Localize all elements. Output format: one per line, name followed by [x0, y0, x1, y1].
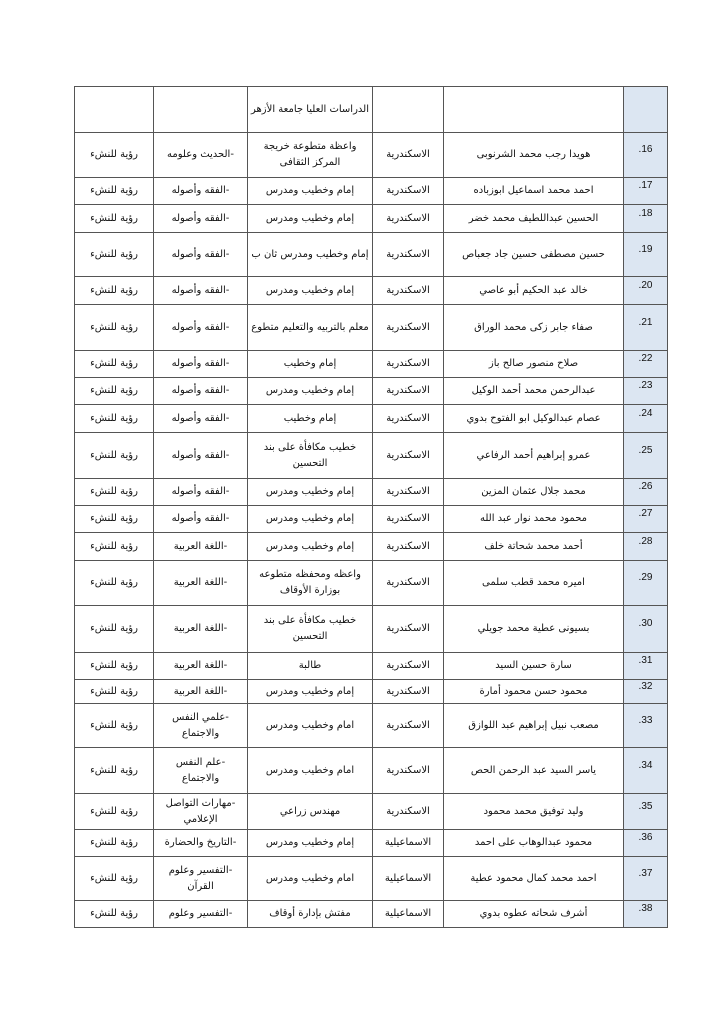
governorate-cell: الاسكندرية — [373, 748, 444, 794]
specialization-cell: -الفقه وأصوله — [154, 506, 248, 533]
job-cell: إمام وخطيب ومدرس — [248, 830, 373, 857]
job-cell: إمام وخطيب ومدرس — [248, 506, 373, 533]
row-number: .27 — [639, 506, 653, 522]
row-number-cell: .19 — [624, 233, 668, 277]
program-cell: رؤية للنشء — [75, 178, 154, 205]
table-body: الدراسات العليا جامعة الأزهر .16 هويدا ر… — [75, 87, 668, 928]
program-cell: رؤية للنشء — [75, 680, 154, 704]
governorate-cell: الاسكندرية — [373, 233, 444, 277]
governorate-cell — [373, 87, 444, 133]
row-number-cell: .34 — [624, 748, 668, 794]
job-cell: إمام وخطيب ومدرس ثان ب — [248, 233, 373, 277]
program-cell: رؤية للنشء — [75, 277, 154, 305]
row-number: .28 — [639, 534, 653, 550]
job-cell: واعظه ومحفظه متطوعه بوزارة الأوقاف — [248, 561, 373, 606]
governorate-cell: الاسكندرية — [373, 433, 444, 479]
program-cell: رؤية للنشء — [75, 405, 154, 433]
name-cell: عمرو إبراهيم أحمد الرفاعي — [444, 433, 624, 479]
job-cell: إمام وخطيب ومدرس — [248, 178, 373, 205]
job-cell: مهندس زراعي — [248, 794, 373, 830]
table-row-continuation: الدراسات العليا جامعة الأزهر — [75, 87, 668, 133]
table-row: .16 هويدا رجب محمد الشرنوبى الاسكندرية و… — [75, 133, 668, 178]
governorate-cell: الاسكندرية — [373, 351, 444, 378]
table-row: .38 أشرف شحاته عطوه بدوي الاسماعيلية مفت… — [75, 901, 668, 928]
job-cell: امام وخطيب ومدرس — [248, 748, 373, 794]
specialization-cell: -اللغة العربية — [154, 653, 248, 680]
row-number-cell: .31 — [624, 653, 668, 680]
governorate-cell: الاسكندرية — [373, 533, 444, 561]
table-row: .35 وليد توفيق محمد محمود الاسكندرية مهن… — [75, 794, 668, 830]
row-number: .37 — [639, 866, 653, 882]
table-row: .23 عبدالرحمن محمد أحمد الوكيل الاسكندري… — [75, 378, 668, 405]
name-cell: بسيونى عطية محمد جويلي — [444, 606, 624, 653]
row-number: .21 — [639, 315, 653, 331]
job-cell: إمام وخطيب — [248, 405, 373, 433]
name-cell: سارة حسين السيد — [444, 653, 624, 680]
governorate-cell: الاسكندرية — [373, 277, 444, 305]
row-number-cell: .28 — [624, 533, 668, 561]
row-number: .16 — [639, 142, 653, 158]
program-cell: رؤية للنشء — [75, 433, 154, 479]
program-cell: رؤية للنشء — [75, 351, 154, 378]
name-cell: محمد جلال عثمان المزين — [444, 479, 624, 506]
row-number-cell: .36 — [624, 830, 668, 857]
table-row: .25 عمرو إبراهيم أحمد الرفاعي الاسكندرية… — [75, 433, 668, 479]
row-number-cell: .30 — [624, 606, 668, 653]
row-number: .17 — [639, 178, 653, 194]
program-cell: رؤية للنشء — [75, 479, 154, 506]
specialization-cell: -التاريخ والحضارة — [154, 830, 248, 857]
governorate-cell: الاسكندرية — [373, 178, 444, 205]
row-number-cell: .18 — [624, 205, 668, 233]
row-number: .30 — [639, 616, 653, 632]
name-cell — [444, 87, 624, 133]
governorate-cell: الاسكندرية — [373, 606, 444, 653]
program-cell: رؤية للنشء — [75, 305, 154, 351]
name-cell: عبدالرحمن محمد أحمد الوكيل — [444, 378, 624, 405]
row-number: .33 — [639, 713, 653, 729]
row-number-cell: .32 — [624, 680, 668, 704]
governorate-cell: الاسكندرية — [373, 378, 444, 405]
specialization-cell: -علمي النفس والاجتماع — [154, 704, 248, 748]
program-cell: رؤية للنشء — [75, 506, 154, 533]
name-cell: احمد محمد كمال محمود عطية — [444, 857, 624, 901]
row-number: .34 — [639, 758, 653, 774]
row-number-cell: .27 — [624, 506, 668, 533]
name-cell: أحمد محمد شحاتة خلف — [444, 533, 624, 561]
row-number: .18 — [639, 206, 653, 222]
name-cell: مصعب نبيل إبراهيم عبد اللوازق — [444, 704, 624, 748]
governorate-cell: الاسكندرية — [373, 794, 444, 830]
job-cell: خطيب مكافأة على بند التحسين — [248, 433, 373, 479]
name-cell: حسين مصطفى حسين جاد جعباص — [444, 233, 624, 277]
governorate-cell: الاسماعيلية — [373, 830, 444, 857]
job-cell: امام وخطيب ومدرس — [248, 857, 373, 901]
specialization-cell: -الفقه وأصوله — [154, 305, 248, 351]
job-cell: إمام وخطيب ومدرس — [248, 680, 373, 704]
governorate-cell: الاسماعيلية — [373, 901, 444, 928]
table-row: .21 صفاء جابر زكى محمد الوراق الاسكندرية… — [75, 305, 668, 351]
program-cell: رؤية للنشء — [75, 901, 154, 928]
governorate-cell: الاسكندرية — [373, 561, 444, 606]
specialization-cell: -الفقه وأصوله — [154, 351, 248, 378]
table-row: .29 اميره محمد قطب سلمى الاسكندرية واعظه… — [75, 561, 668, 606]
row-number: .38 — [639, 901, 653, 917]
program-cell: رؤية للنشء — [75, 606, 154, 653]
row-number: .24 — [639, 406, 653, 422]
program-cell: رؤية للنشء — [75, 748, 154, 794]
job-cell: إمام وخطيب — [248, 351, 373, 378]
governorate-cell: الاسكندرية — [373, 133, 444, 178]
name-cell: وليد توفيق محمد محمود — [444, 794, 624, 830]
row-number: .26 — [639, 479, 653, 495]
program-cell — [75, 87, 154, 133]
table-row: .37 احمد محمد كمال محمود عطية الاسماعيلي… — [75, 857, 668, 901]
program-cell: رؤية للنشء — [75, 704, 154, 748]
specialization-cell: -الحديث وعلومه — [154, 133, 248, 178]
governorate-cell: الاسكندرية — [373, 205, 444, 233]
program-cell: رؤية للنشء — [75, 133, 154, 178]
name-cell: محمود عبدالوهاب على احمد — [444, 830, 624, 857]
row-number-cell: .24 — [624, 405, 668, 433]
table-row: .22 صلاح منصور صالح باز الاسكندرية إمام … — [75, 351, 668, 378]
program-cell: رؤية للنشء — [75, 233, 154, 277]
governorate-cell: الاسكندرية — [373, 405, 444, 433]
name-cell: صفاء جابر زكى محمد الوراق — [444, 305, 624, 351]
program-cell: رؤية للنشء — [75, 857, 154, 901]
name-cell: محمود حسن محمود أمارة — [444, 680, 624, 704]
row-number-cell: .35 — [624, 794, 668, 830]
specialization-cell: -التفسير وعلوم — [154, 901, 248, 928]
table-row: .17 احمد محمد اسماعيل ابوزباده الاسكندري… — [75, 178, 668, 205]
table-row: .33 مصعب نبيل إبراهيم عبد اللوازق الاسكن… — [75, 704, 668, 748]
row-number: .36 — [639, 830, 653, 846]
governorate-cell: الاسكندرية — [373, 680, 444, 704]
name-cell: أشرف شحاته عطوه بدوي — [444, 901, 624, 928]
job-cell: الدراسات العليا جامعة الأزهر — [248, 87, 373, 133]
row-number-cell: .21 — [624, 305, 668, 351]
job-cell: إمام وخطيب ومدرس — [248, 205, 373, 233]
specialization-cell: -اللغة العربية — [154, 533, 248, 561]
job-cell: إمام وخطيب ومدرس — [248, 277, 373, 305]
row-number-cell: .16 — [624, 133, 668, 178]
table-row: .28 أحمد محمد شحاتة خلف الاسكندرية إمام … — [75, 533, 668, 561]
program-cell: رؤية للنشء — [75, 830, 154, 857]
row-number: .19 — [639, 242, 653, 258]
row-number-cell — [624, 87, 668, 133]
table-row: .36 محمود عبدالوهاب على احمد الاسماعيلية… — [75, 830, 668, 857]
specialization-cell: -اللغة العربية — [154, 680, 248, 704]
row-number: .23 — [639, 378, 653, 394]
specialization-cell: -الفقه وأصوله — [154, 277, 248, 305]
specialization-cell: -الفقه وأصوله — [154, 178, 248, 205]
governorate-cell: الاسكندرية — [373, 479, 444, 506]
name-cell: ياسر السيد عبد الرحمن الحص — [444, 748, 624, 794]
specialization-cell: -اللغة العربية — [154, 561, 248, 606]
table-row: .32 محمود حسن محمود أمارة الاسكندرية إما… — [75, 680, 668, 704]
name-cell: عصام عبدالوكيل ابو الفتوح بدوي — [444, 405, 624, 433]
program-cell: رؤية للنشء — [75, 561, 154, 606]
row-number-cell: .26 — [624, 479, 668, 506]
job-cell: مفتش بإدارة أوقاف — [248, 901, 373, 928]
table-row: .27 محمود محمد نوار عبد الله الاسكندرية … — [75, 506, 668, 533]
row-number-cell: .33 — [624, 704, 668, 748]
specialization-cell: -الفقه وأصوله — [154, 479, 248, 506]
job-cell: إمام وخطيب ومدرس — [248, 533, 373, 561]
row-number-cell: .38 — [624, 901, 668, 928]
specialization-cell: -الفقه وأصوله — [154, 433, 248, 479]
governorate-cell: الاسماعيلية — [373, 857, 444, 901]
specialization-cell: -الفقه وأصوله — [154, 233, 248, 277]
specialization-cell: -اللغة العربية — [154, 606, 248, 653]
table-row: .26 محمد جلال عثمان المزين الاسكندرية إم… — [75, 479, 668, 506]
program-cell: رؤية للنشء — [75, 533, 154, 561]
name-cell: الحسين عبداللطيف محمد خضر — [444, 205, 624, 233]
job-cell: طالبة — [248, 653, 373, 680]
governorate-cell: الاسكندرية — [373, 653, 444, 680]
row-number-cell: .25 — [624, 433, 668, 479]
job-cell: امام وخطيب ومدرس — [248, 704, 373, 748]
program-cell: رؤية للنشء — [75, 653, 154, 680]
program-cell: رؤية للنشء — [75, 794, 154, 830]
name-cell: هويدا رجب محمد الشرنوبى — [444, 133, 624, 178]
specialization-cell: -التفسير وعلوم القرآن — [154, 857, 248, 901]
row-number: .25 — [639, 443, 653, 459]
name-cell: محمود محمد نوار عبد الله — [444, 506, 624, 533]
row-number: .31 — [639, 653, 653, 669]
program-cell: رؤية للنشء — [75, 378, 154, 405]
specialization-cell: -الفقه وأصوله — [154, 378, 248, 405]
table-row: .19 حسين مصطفى حسين جاد جعباص الاسكندرية… — [75, 233, 668, 277]
table-row: .18 الحسين عبداللطيف محمد خضر الاسكندرية… — [75, 205, 668, 233]
table-row: .30 بسيونى عطية محمد جويلي الاسكندرية خط… — [75, 606, 668, 653]
name-cell: احمد محمد اسماعيل ابوزباده — [444, 178, 624, 205]
specialization-cell: -الفقه وأصوله — [154, 205, 248, 233]
row-number: .35 — [639, 799, 653, 815]
specialization-cell: -علم النفس والاجتماع — [154, 748, 248, 794]
name-cell: خالد عبد الحكيم أبو عاصي — [444, 277, 624, 305]
governorate-cell: الاسكندرية — [373, 506, 444, 533]
job-cell: خطيب مكافأة على بند التحسين — [248, 606, 373, 653]
row-number-cell: .29 — [624, 561, 668, 606]
row-number: .22 — [639, 351, 653, 367]
participants-table: الدراسات العليا جامعة الأزهر .16 هويدا ر… — [74, 86, 668, 928]
specialization-cell: -الفقه وأصوله — [154, 405, 248, 433]
table-row: .24 عصام عبدالوكيل ابو الفتوح بدوي الاسك… — [75, 405, 668, 433]
job-cell: إمام وخطيب ومدرس — [248, 378, 373, 405]
name-cell: صلاح منصور صالح باز — [444, 351, 624, 378]
row-number: .29 — [639, 570, 653, 586]
name-cell: اميره محمد قطب سلمى — [444, 561, 624, 606]
specialization-cell: -مهارات التواصل الإعلامي — [154, 794, 248, 830]
row-number: .32 — [639, 680, 653, 695]
job-cell: معلم بالتربيه والتعليم متطوع — [248, 305, 373, 351]
row-number: .20 — [639, 278, 653, 294]
governorate-cell: الاسكندرية — [373, 704, 444, 748]
row-number-cell: .37 — [624, 857, 668, 901]
table-row: .34 ياسر السيد عبد الرحمن الحص الاسكندري… — [75, 748, 668, 794]
row-number-cell: .22 — [624, 351, 668, 378]
job-cell: إمام وخطيب ومدرس — [248, 479, 373, 506]
program-cell: رؤية للنشء — [75, 205, 154, 233]
specialization-cell — [154, 87, 248, 133]
row-number-cell: .23 — [624, 378, 668, 405]
table-row: .20 خالد عبد الحكيم أبو عاصي الاسكندرية … — [75, 277, 668, 305]
row-number-cell: .17 — [624, 178, 668, 205]
job-cell: واعظة متطوعة خريجة المركز الثقافى — [248, 133, 373, 178]
governorate-cell: الاسكندرية — [373, 305, 444, 351]
table-row: .31 سارة حسين السيد الاسكندرية طالبة -ال… — [75, 653, 668, 680]
row-number-cell: .20 — [624, 277, 668, 305]
